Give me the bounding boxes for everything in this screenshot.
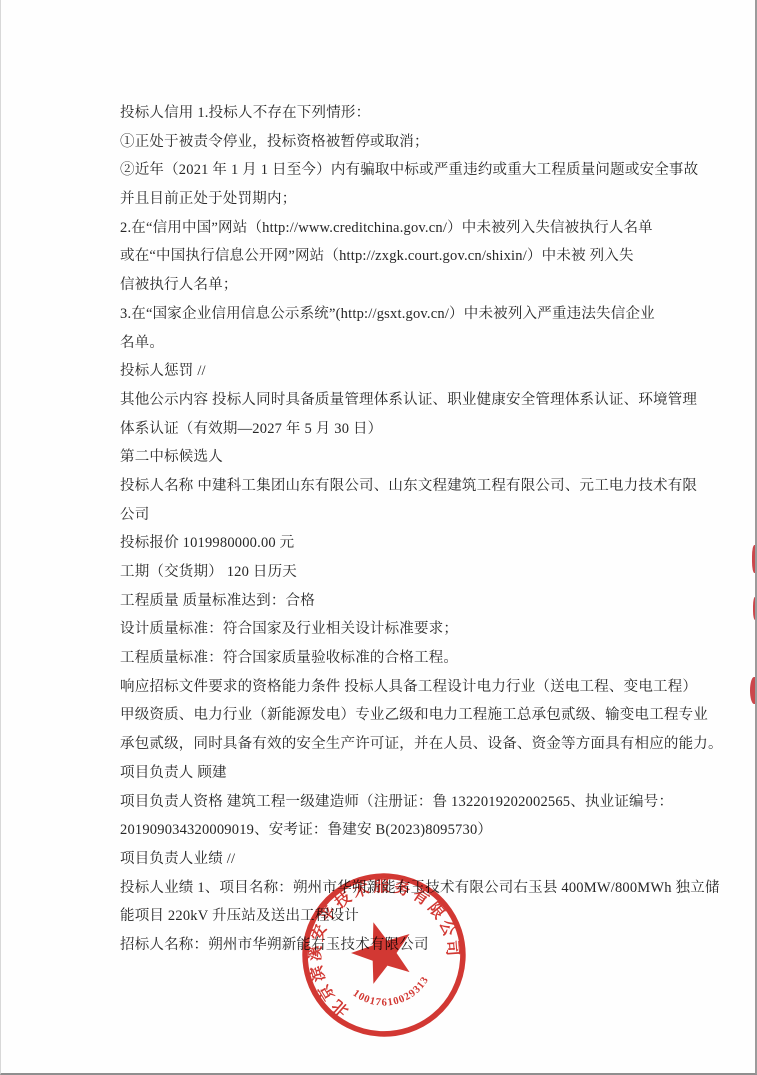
- document-line: 甲级资质、电力行业（新能源发电）专业乙级和电力工程施工总承包贰级、输变电工程专业: [120, 701, 650, 730]
- seal-star-icon: [344, 913, 421, 988]
- document-line: 第二中标候选人: [120, 443, 650, 472]
- document-line: ①正处于被责令停业，投标资格被暂停或取消；: [120, 128, 650, 157]
- document-line: 项目负责人资格 建筑工程一级建造师（注册证：鲁 1322019202002565…: [120, 788, 650, 817]
- stamp-edge-mark: [750, 677, 757, 704]
- stamp-edge-mark: [753, 597, 757, 620]
- document-line: 信被执行人名单；: [120, 271, 650, 300]
- svg-text:10017610029313: 10017610029313: [349, 965, 437, 1020]
- seal-number-arc: 10017610029313: [349, 965, 437, 1020]
- document-line: 3.在“国家企业信用信息公示系统”(http://gsxt.gov.cn/）中未…: [120, 300, 650, 329]
- document-line: 并且目前正处于处罚期内；: [120, 185, 650, 214]
- document-line: 工程质量 质量标准达到：合格: [120, 587, 650, 616]
- document-line: 体系认证（有效期—2027 年 5 月 30 日）: [120, 415, 650, 444]
- document-line: 投标人惩罚 //: [120, 357, 650, 386]
- scanned-document-page: 投标人信用 1.投标人不存在下列情形： ①正处于被责令停业，投标资格被暂停或取消…: [0, 0, 757, 1075]
- document-line: 201909034320009019、安考证：鲁建安 B(2023)809573…: [120, 816, 650, 845]
- document-line: 工程质量标准：符合国家质量验收标准的合格工程。: [120, 644, 650, 673]
- stamp-edge-mark: [752, 545, 757, 573]
- document-line: 设计质量标准：符合国家及行业相关设计标准要求；: [120, 615, 650, 644]
- document-line: 响应招标文件要求的资格能力条件 投标人具备工程设计电力行业（送电工程、变电工程）: [120, 673, 650, 702]
- document-line: 项目负责人 顾建: [120, 759, 650, 788]
- document-line: 承包贰级，同时具备有效的安全生产许可证，并在人员、设备、资金等方面具有相应的能力…: [120, 730, 650, 759]
- document-text-block: 投标人信用 1.投标人不存在下列情形： ①正处于被责令停业，投标资格被暂停或取消…: [120, 99, 650, 960]
- document-line: 投标报价 1019980000.00 元: [120, 529, 650, 558]
- document-line: 名单。: [120, 329, 650, 358]
- document-line: 工期（交货期） 120 日历天: [120, 558, 650, 587]
- document-line: 其他公示内容 投标人同时具备质量管理体系认证、职业健康安全管理体系认证、环境管理: [120, 386, 650, 415]
- document-line: 公司: [120, 501, 650, 530]
- document-line: 投标人信用 1.投标人不存在下列情形：: [120, 99, 650, 128]
- document-line: ②近年（2021 年 1 月 1 日至今）内有骗取中标或严重违约或重大工程质量问…: [120, 156, 650, 185]
- document-line: 投标人名称 中建科工集团山东有限公司、山东文程建筑工程有限公司、元工电力技术有限: [120, 472, 650, 501]
- document-line: 或在“中国执行信息公开网”网站（http://zxgk.court.gov.cn…: [120, 242, 650, 271]
- document-line: 2.在“信用中国”网站（http://www.creditchina.gov.c…: [120, 214, 650, 243]
